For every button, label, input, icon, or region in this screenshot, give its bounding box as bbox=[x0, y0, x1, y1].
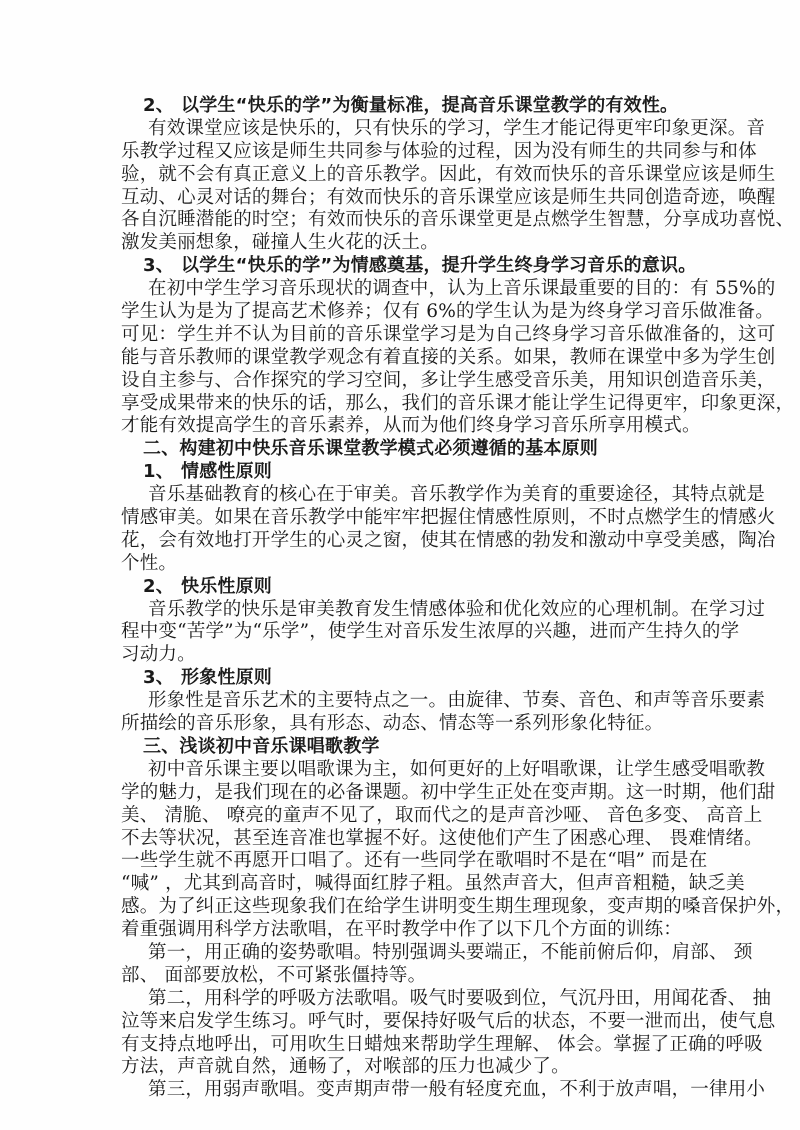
paragraph-line: 初中音乐课主要以唱歌课为主，如何更好的上好唱歌课，让学生感受唱歌教 bbox=[121, 759, 683, 782]
heading-text: 形象性原则 bbox=[181, 667, 272, 688]
paragraph-line: 验，就不会有真正意义上的音乐教学。因此，有效而快乐的音乐课堂应该是师生 bbox=[121, 164, 683, 187]
section-heading: 1、情感性原则 bbox=[121, 461, 683, 484]
paragraph-line: 形象性是音乐艺术的主要特点之一。由旋律、节奏、音色、和声等音乐要素 bbox=[121, 690, 683, 713]
paragraph-line: 设自主参与、合作探究的学习空间，多让学生感受音乐美，用知识创造音乐美， bbox=[121, 370, 683, 393]
heading-number: 2、 bbox=[143, 576, 181, 599]
document-body: 2、以学生“快乐的学”为衡量标准，提高音乐课堂教学的有效性。 有效课堂应该是快乐… bbox=[121, 95, 683, 1102]
paragraph-line: “喊” ，尤其到高音时，喊得面红脖子粗。虽然声音大，但声音粗糙，缺乏美 bbox=[121, 873, 683, 896]
paragraph-line: 学的魅力，是我们现在的必备课题。初中学生正处在变声期。这一时期，他们甜 bbox=[121, 782, 683, 805]
paragraph-line: 着重强调用科学方法歌唱，在平时教学中作了以下几个方面的训练： bbox=[121, 919, 683, 942]
paragraph-line: 泣等来启发学生练习。呼气时，要保持好吸气后的状态，不要一泄而出，使气息 bbox=[121, 1011, 683, 1034]
heading-text: 快乐性原则 bbox=[181, 576, 272, 597]
paragraph-line: 激发美丽想象，碰撞人生火花的沃土。 bbox=[121, 232, 683, 255]
heading-number: 3、 bbox=[143, 255, 181, 278]
section-heading: 2、以学生“快乐的学”为衡量标准，提高音乐课堂教学的有效性。 bbox=[121, 95, 683, 118]
paragraph-line: 一些学生就不再愿开口唱了。还有一些同学在歌唱时不是在“唱” 而是在 bbox=[121, 850, 683, 873]
paragraph-line: 能与音乐教师的课堂教学观念有着直接的关系。如果，教师在课堂中多为学生创 bbox=[121, 347, 683, 370]
paragraph-line: 音乐教学的快乐是审美教育发生情感体验和优化效应的心理机制。在学习过 bbox=[121, 599, 683, 622]
section-heading: 3、形象性原则 bbox=[121, 667, 683, 690]
paragraph-line: 程中变“苦学”为“乐学”，使学生对音乐发生浓厚的兴趣，进而产生持久的学 bbox=[121, 621, 683, 644]
paragraph-line: 情感审美。如果在音乐教学中能牢牢把握住情感性原则，不时点燃学生的情感火 bbox=[121, 507, 683, 530]
paragraph-line: 第三，用弱声歌唱。变声期声带一般有轻度充血，不利于放声唱，一律用小 bbox=[121, 1079, 683, 1102]
paragraph-line: 学生认为是为了提高艺术修养；仅有 6%的学生认为是为终身学习音乐做准备。 bbox=[121, 301, 683, 324]
paragraph-line: 部、 面部要放松，不可紧张僵持等。 bbox=[121, 965, 683, 988]
chapter-heading: 二、构建初中快乐音乐课堂教学模式必须遵循的基本原则 bbox=[121, 438, 683, 461]
paragraph-line: 不去等状况，甚至连音准也掌握不好。这使他们产生了困惑心理、 畏难情绪。 bbox=[121, 828, 683, 851]
paragraph-line: 方法，声音就自然，通畅了，对喉部的压力也减少了。 bbox=[121, 1056, 683, 1079]
heading-number: 2、 bbox=[143, 95, 181, 118]
heading-text: 以学生“快乐的学”为衡量标准，提高音乐课堂教学的有效性。 bbox=[181, 95, 678, 116]
document-page: 2、以学生“快乐的学”为衡量标准，提高音乐课堂教学的有效性。 有效课堂应该是快乐… bbox=[0, 0, 800, 1130]
heading-text: 情感性原则 bbox=[181, 461, 272, 482]
paragraph-line: 个性。 bbox=[121, 553, 683, 576]
paragraph-line: 第二，用科学的呼吸方法歌唱。吸气时要吸到位，气沉丹田，用闻花香、 抽 bbox=[121, 988, 683, 1011]
paragraph-line: 习动力。 bbox=[121, 644, 683, 667]
paragraph-line: 音乐基础教育的核心在于审美。音乐教学作为美育的重要途径，其特点就是 bbox=[121, 484, 683, 507]
paragraph-line: 第一，用正确的姿势歌唱。特别强调头要端正，不能前俯后仰，肩部、 颈 bbox=[121, 942, 683, 965]
section-heading: 2、快乐性原则 bbox=[121, 576, 683, 599]
paragraph-line: 花，会有效地打开学生的心灵之窗，使其在情感的勃发和激动中享受美感，陶冶 bbox=[121, 530, 683, 553]
paragraph-line: 美、 清脆、 嘹亮的童声不见了，取而代之的是声音沙哑、 音色多变、 高音上 bbox=[121, 805, 683, 828]
section-heading: 3、以学生“快乐的学”为情感奠基，提升学生终身学习音乐的意识。 bbox=[121, 255, 683, 278]
heading-text: 以学生“快乐的学”为情感奠基，提升学生终身学习音乐的意识。 bbox=[181, 255, 696, 276]
paragraph-line: 各自沉睡潜能的时空；有效而快乐的音乐课堂更是点燃学生智慧，分享成功喜悦、 bbox=[121, 209, 683, 232]
paragraph-line: 感。为了纠正这些现象我们在给学生讲明变生期生理现象，变声期的嗓音保护外， bbox=[121, 896, 683, 919]
heading-number: 3、 bbox=[143, 667, 181, 690]
paragraph-line: 在初中学生学习音乐现状的调查中，认为上音乐课最重要的目的：有 55%的 bbox=[121, 278, 683, 301]
paragraph-line: 享受成果带来的快乐的话，那么，我们的音乐课才能让学生记得更牢，印象更深， bbox=[121, 393, 683, 416]
paragraph-line: 乐教学过程又应该是师生共同参与体验的过程，因为没有师生的共同参与和体 bbox=[121, 141, 683, 164]
paragraph-line: 可见：学生并不认为目前的音乐课堂学习是为自己终身学习音乐做准备的，这可 bbox=[121, 324, 683, 347]
paragraph-line: 所描绘的音乐形象，具有形态、动态、情态等一系列形象化特征。 bbox=[121, 713, 683, 736]
paragraph-line: 有效课堂应该是快乐的，只有快乐的学习，学生才能记得更牢印象更深。音 bbox=[121, 118, 683, 141]
paragraph-line: 才能有效提高学生的音乐素养，从而为他们终身学习音乐所享用模式。 bbox=[121, 415, 683, 438]
paragraph-line: 有支持点地呼出，可用吹生日蜡烛来帮助学生理解、 体会。掌握了正确的呼吸 bbox=[121, 1034, 683, 1057]
chapter-heading: 三、浅谈初中音乐课唱歌教学 bbox=[121, 736, 683, 759]
heading-number: 1、 bbox=[143, 461, 181, 484]
paragraph-line: 互动、心灵对话的舞台；有效而快乐的音乐课堂应该是师生共同创造奇迹，唤醒 bbox=[121, 187, 683, 210]
